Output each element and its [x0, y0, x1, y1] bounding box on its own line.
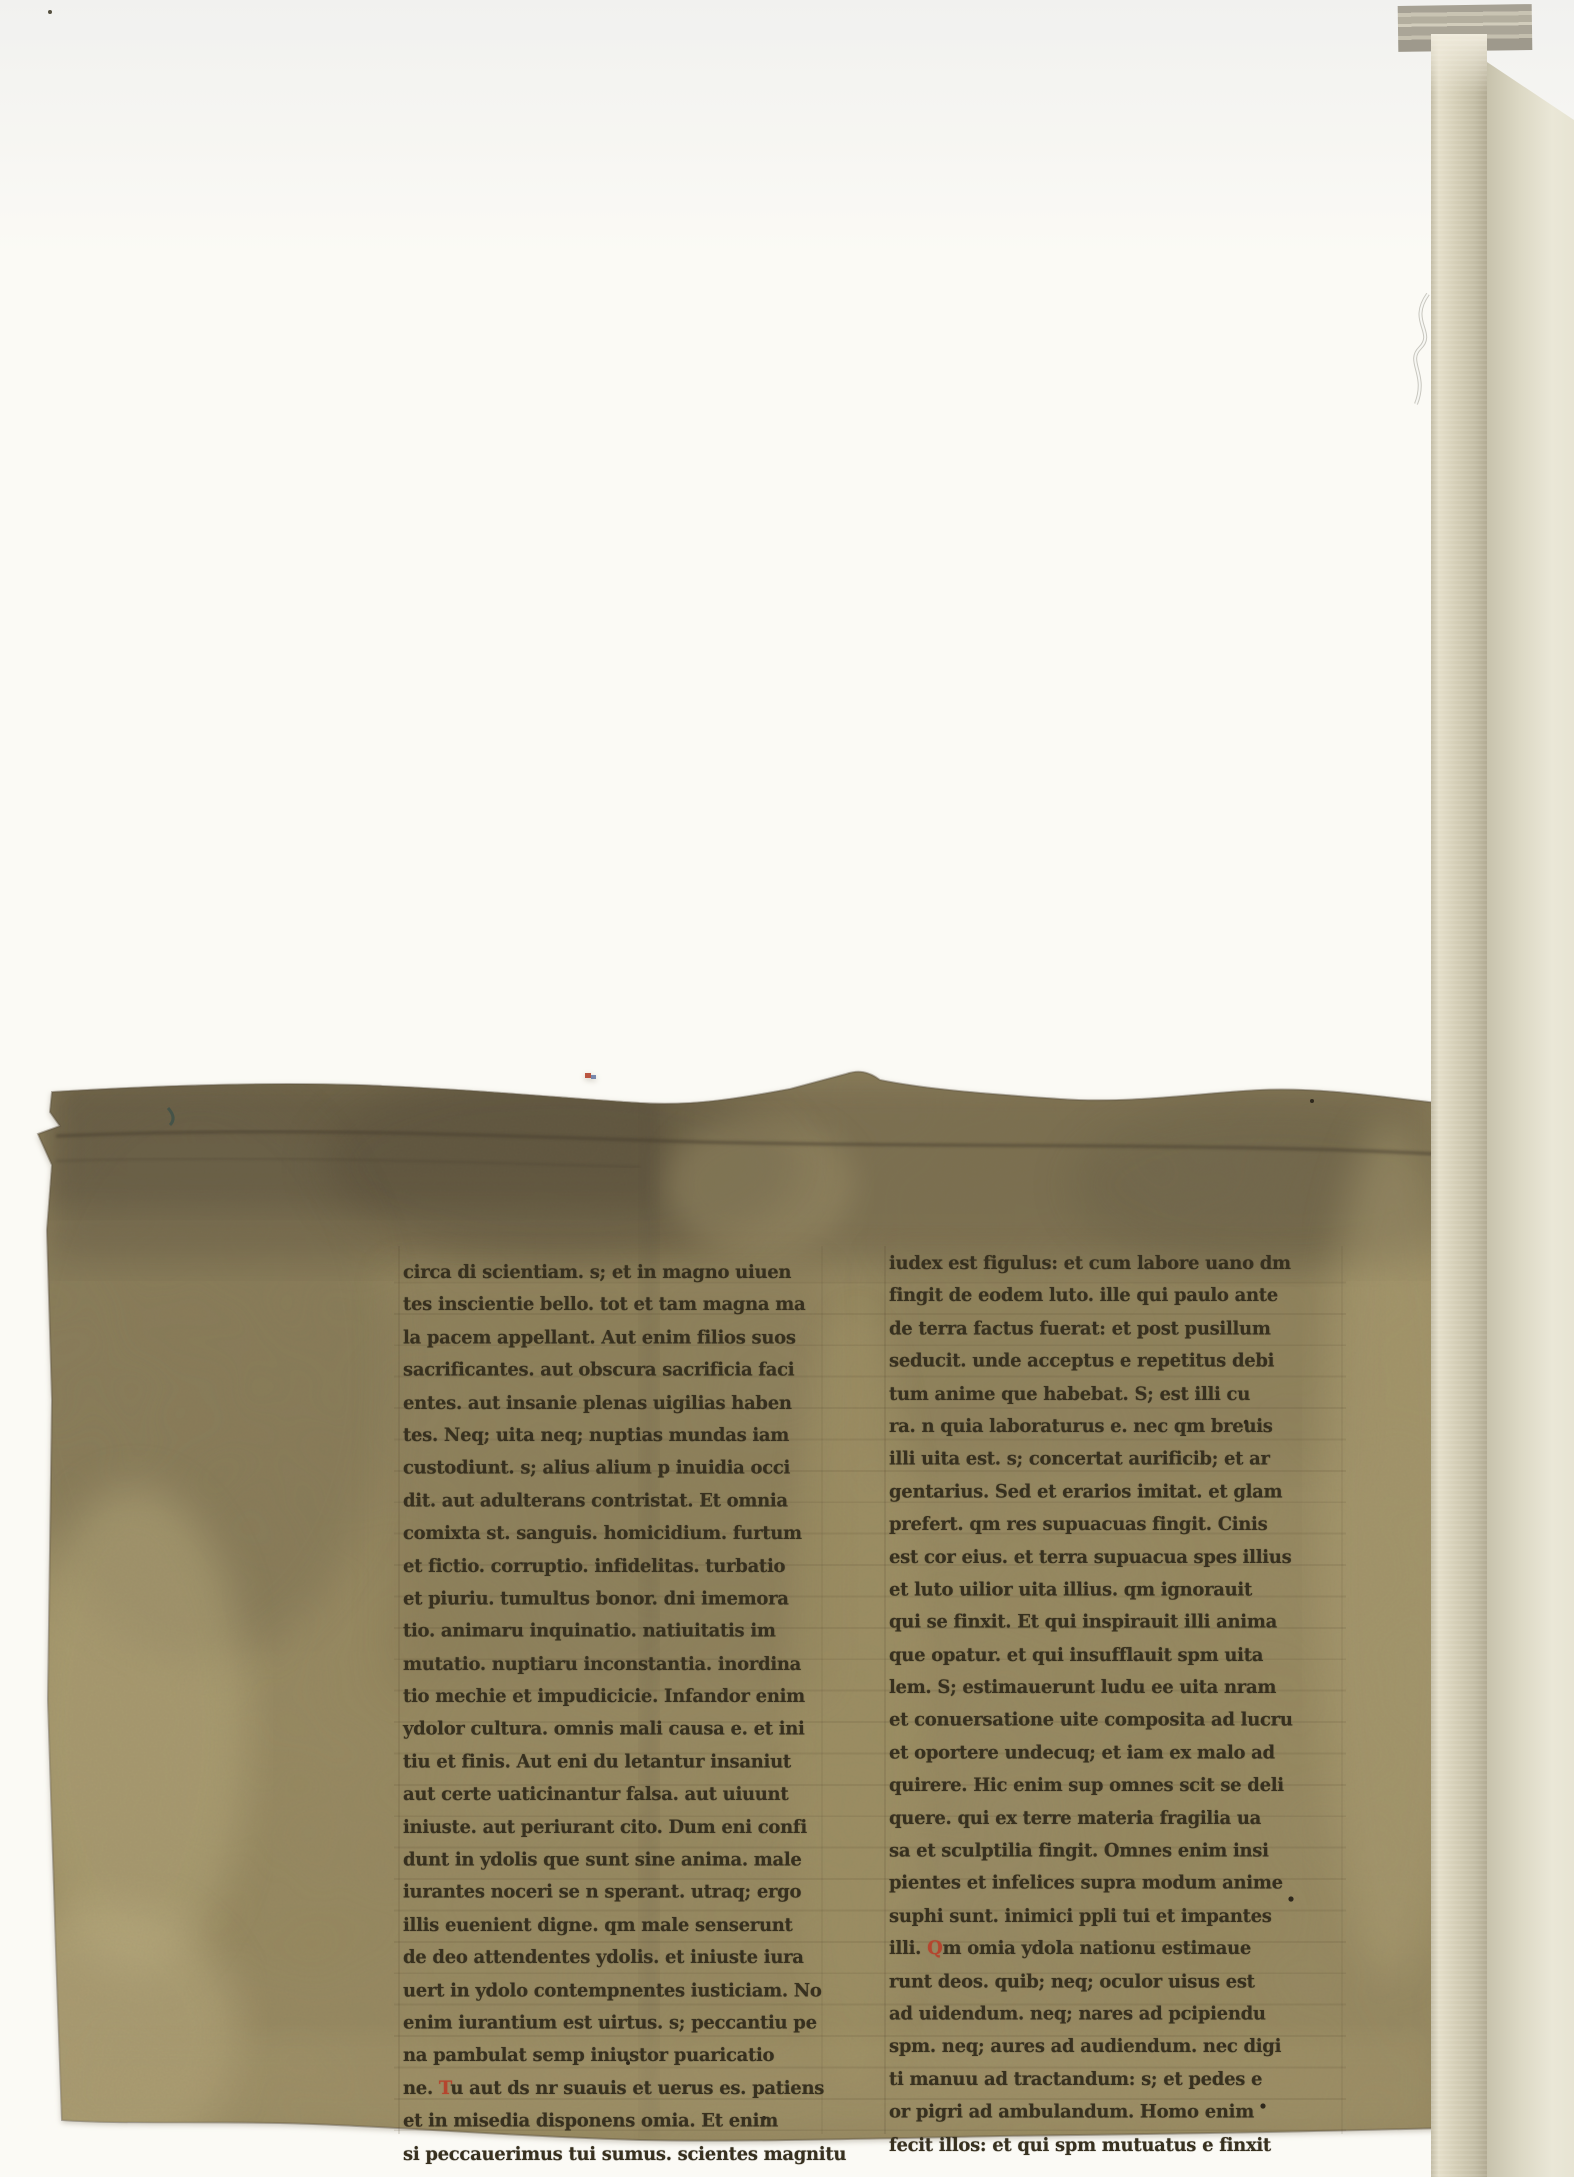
manuscript-line: pientes et infelices supra modum anime [889, 1867, 1359, 1900]
pigment-speck [585, 1073, 596, 1079]
manuscript-line: comixta st. sanguis. homicidium. furtum [403, 1517, 843, 1550]
manuscript-line: sa et sculptilia fingit. Omnes enim insi [889, 1835, 1359, 1868]
manuscript-line: tio mechie et impudicicie. Infandor enim [403, 1680, 843, 1713]
manuscript-line: et conuersatione uite composita ad lucru [889, 1704, 1359, 1737]
scan-canvas: circa di scientiam. s; et in magno uiuen… [0, 0, 1574, 2177]
manuscript-line: si peccauerimus tui sumus. scientes magn… [403, 2137, 843, 2170]
manuscript-line: ra. n quia laboraturus e. nec qm breuis [889, 1410, 1359, 1443]
ruling-vertical [398, 1246, 400, 2134]
manuscript-line: ne. Tu aut ds nr suauis et uerus es. pat… [403, 2072, 843, 2105]
manuscript-line: illis euenient digne. qm male senserunt [403, 1909, 843, 1942]
manuscript-line: sacrificantes. aut obscura sacrificia fa… [403, 1354, 843, 1387]
manuscript-line: dunt in ydolis que sunt sine anima. male [403, 1844, 843, 1877]
manuscript-line: spm. neq; aures ad audiendum. nec digi [889, 2031, 1359, 2064]
manuscript-line: circa di scientiam. s; et in magno uiuen [403, 1256, 843, 1289]
manuscript-line: or pigri ad ambulandum. Homo enim [889, 2096, 1359, 2129]
manuscript-line: ti manuu ad tractandum: s; et pedes e [889, 2063, 1359, 2096]
ruling-vertical [884, 1246, 886, 2134]
manuscript-line: est cor eius. et terra supuacua spes ill… [889, 1541, 1359, 1574]
manuscript-line: iniuste. aut periurant cito. Dum eni con… [403, 1811, 843, 1844]
manuscript-line: fingit de eodem luto. ille qui paulo ant… [889, 1280, 1359, 1313]
manuscript-line: tiu et finis. Aut eni du letantur insani… [403, 1746, 843, 1779]
manuscript-line: et piuriu. tumultus bonor. dni imemora [403, 1582, 843, 1615]
manuscript-line: de deo attendentes ydolis. et iniuste iu… [403, 1942, 843, 1975]
manuscript-line: dit. aut adulterans contristat. Et omnia [403, 1485, 843, 1518]
manuscript-line: illi. Qm omia ydola nationu estimaue [889, 1933, 1359, 1966]
manuscript-line: gentarius. Sed et erarios imitat. et gla… [889, 1476, 1359, 1509]
rubricated-initial: T [439, 2077, 450, 2099]
manuscript-line: iudex est figulus: et cum labore uano dm [889, 1247, 1359, 1280]
manuscript-line: lem. S; estimauerunt ludu ee uita nram [889, 1671, 1359, 1704]
manuscript-line: tio. animaru inquinatio. natiuitatis im [403, 1615, 843, 1648]
manuscript-line: fecit illos: et qui spm mutuatus e finxi… [889, 2128, 1359, 2161]
manuscript-line: iurantes noceri se n sperant. utraq; erg… [403, 1876, 843, 1909]
manuscript-line: illi uita est. s; concertat aurificib; e… [889, 1443, 1359, 1476]
text-column-left: circa di scientiam. s; et in magno uiuen… [403, 1256, 843, 2170]
manuscript-line: prefert. qm res supuacuas fingit. Cinis [889, 1508, 1359, 1541]
manuscript-line: et in misedia disponens omia. Et enim [403, 2105, 843, 2138]
manuscript-line: et fictio. corruptio. infidelitas. turba… [403, 1550, 843, 1583]
manuscript-line: tum anime que habebat. S; est illi cu [889, 1378, 1359, 1411]
manuscript-line: que opatur. et qui insufflauit spm uita [889, 1639, 1359, 1672]
manuscript-line: quirere. Hic enim sup omnes scit se deli [889, 1769, 1359, 1802]
manuscript-line: la pacem appellant. Aut enim filios suos [403, 1321, 843, 1354]
manuscript-line: mutatio. nuptiaru inconstantia. inordina [403, 1648, 843, 1681]
manuscript-line: ad uidendum. neq; nares ad pcipiendu [889, 1998, 1359, 2031]
manuscript-line: quere. qui ex terre materia fragilia ua [889, 1802, 1359, 1835]
manuscript-line: entes. aut insanie plenas uigilias haben [403, 1387, 843, 1420]
loose-thread [1396, 292, 1446, 407]
manuscript-line: seducit. unde acceptus e repetitus debi [889, 1345, 1359, 1378]
text-column-right: iudex est figulus: et cum labore uano dm… [889, 1247, 1359, 2161]
manuscript-line: suphi sunt. inimici ppli tui et impantes [889, 1900, 1359, 1933]
manuscript-line: enim iurantium est uirtus. s; peccantiu … [403, 2007, 843, 2040]
manuscript-line: custodiunt. s; alius alium p inuidia occ… [403, 1452, 843, 1485]
manuscript-line: de terra factus fuerat: et post pusillum [889, 1312, 1359, 1345]
manuscript-line: aut certe uaticinantur falsa. aut uiuunt [403, 1778, 843, 1811]
manuscript-line: ydolor cultura. omnis mali causa e. et i… [403, 1713, 843, 1746]
manuscript-line: runt deos. quib; neq; oculor uisus est [889, 1965, 1359, 1998]
next-page-edge [1487, 0, 1574, 2177]
manuscript-line: tes inscientie bello. tot et tam magna m… [403, 1289, 843, 1322]
manuscript-line: uert in ydolo contempnentes iusticiam. N… [403, 1974, 843, 2007]
manuscript-line: qui se finxit. Et qui inspirauit illi an… [889, 1606, 1359, 1639]
manuscript-line: tes. Neq; uita neq; nuptias mundas iam [403, 1419, 843, 1452]
manuscript-line: et oportere undecuq; et iam ex malo ad [889, 1737, 1359, 1770]
rubricated-initial: Q [927, 1938, 942, 1960]
manuscript-line: na pambulat semp iniustor puaricatio [403, 2040, 843, 2073]
manuscript-line: et luto uilior uita illius. qm ignorauit [889, 1573, 1359, 1606]
